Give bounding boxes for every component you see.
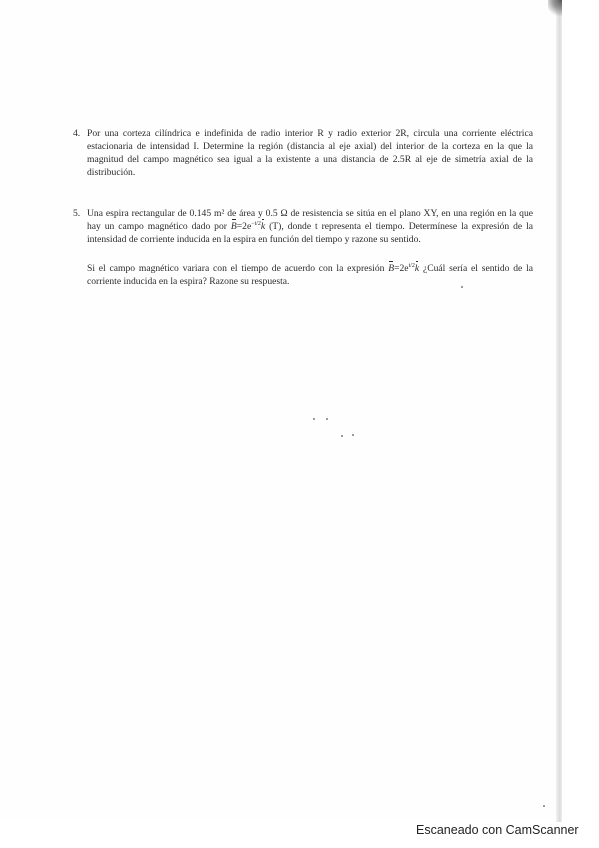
camscanner-watermark: Escaneado con CamScanner	[416, 823, 579, 837]
scan-speck	[313, 418, 315, 420]
problem-4: 4. Por una corteza cilíndrica e indefini…	[73, 127, 533, 179]
page-corner-fold	[548, 0, 562, 18]
scan-speck	[341, 435, 343, 437]
problem-text: Una espira rectangular de 0.145 m² de ár…	[87, 207, 533, 246]
scan-speck	[543, 805, 545, 807]
problem-number: 4.	[73, 127, 87, 140]
magnetic-field-formula-2: B=2et/2k	[388, 263, 419, 274]
problem-number: 5.	[73, 207, 87, 220]
page-edge-shadow	[556, 0, 562, 822]
scanned-page: 4. Por una corteza cilíndrica e indefini…	[0, 0, 562, 820]
problem-text: Por una corteza cilíndrica e indefinida …	[87, 127, 533, 179]
problem-followup-text: Si el campo magnético variara con el tie…	[87, 262, 533, 288]
scan-speck	[352, 434, 354, 436]
magnetic-field-formula: B=2e−t/2k (T)	[231, 221, 282, 232]
problem-5: 5. Una espira rectangular de 0.145 m² de…	[73, 207, 533, 288]
scan-speck	[326, 418, 328, 420]
scan-speck	[461, 286, 463, 288]
